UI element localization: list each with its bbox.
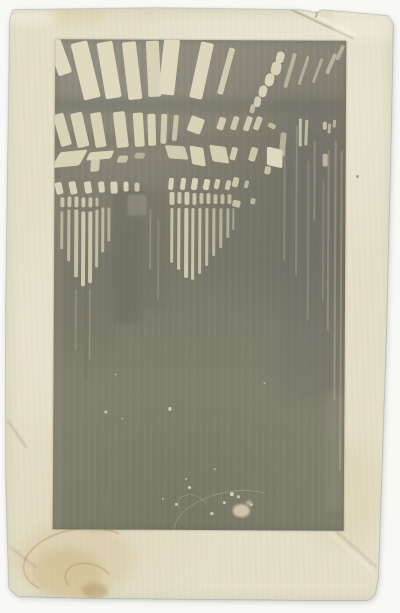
stain-mark: [356, 175, 359, 178]
photo-card-shadow: [0, 0, 400, 613]
stain-mark: [334, 10, 392, 40]
photo-vignette: [53, 39, 347, 531]
stain-mark: [6, 10, 56, 24]
photo-image: [53, 39, 347, 531]
stain-mark: [6, 420, 27, 449]
photo-card: [4, 8, 394, 602]
scanned-photograph: [0, 0, 400, 613]
